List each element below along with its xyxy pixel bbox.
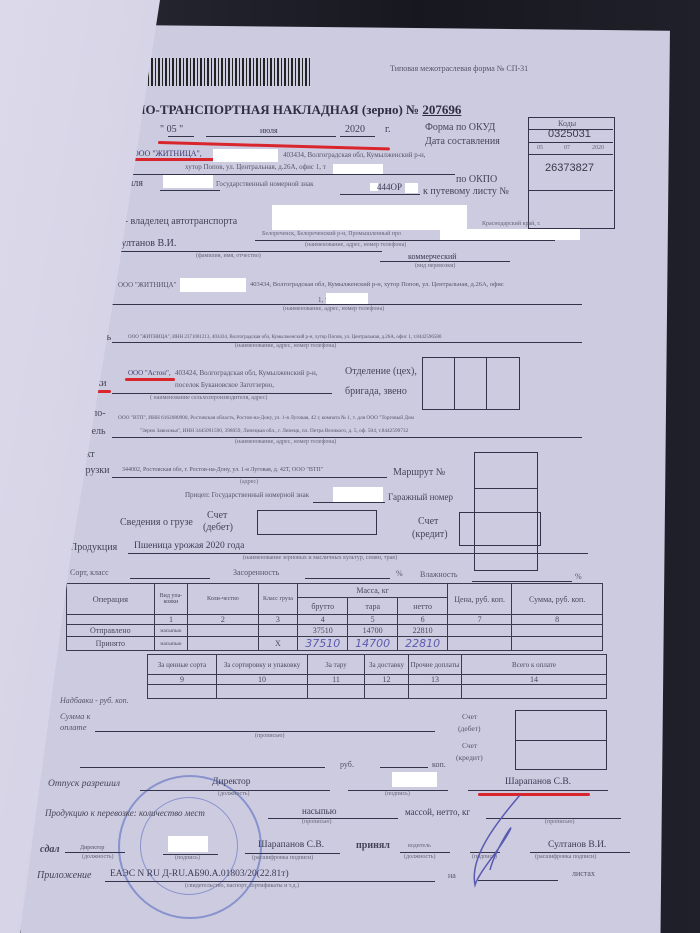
row-quantity	[188, 637, 258, 651]
unloading-address: 344002, Ростовская обл, г. Ростов-на-Дон…	[122, 467, 323, 473]
row-sum	[512, 625, 603, 637]
product-caption: (наименование зерновых и масличных культ…	[243, 555, 397, 561]
dept-label: Отделение (цех),	[345, 366, 417, 377]
driver-name: Султанов В.И.	[115, 238, 176, 249]
table-row: Принято насыпью Х 37510 14700 22810	[67, 637, 603, 651]
cargo-credit-label-2: (кредит)	[412, 529, 448, 540]
row-price	[448, 625, 512, 637]
transport-places: насыпью	[302, 806, 337, 816]
header-delivery: За доставку	[365, 655, 409, 675]
carrier-caption: (наименование, адрес, номер телефона)	[305, 242, 406, 248]
header-mass: Масса, кг	[298, 584, 448, 598]
product-value: Пшеница урожая 2020 года	[134, 541, 244, 551]
redacted-block	[213, 149, 278, 162]
surcharges-table: За ценные сорта За сортировку и упаковку…	[147, 654, 607, 699]
impurity-label: Засоренность	[233, 568, 279, 577]
okud-code: 0325031	[548, 128, 591, 140]
row-class	[258, 625, 298, 637]
date-cell-day: 05	[537, 145, 543, 151]
carrier-address: Белореченск, Белореченский р-н, Промышле…	[262, 231, 401, 237]
release-name: Шарапанов С.В.	[505, 777, 571, 787]
loading-address-2: поселок Букановское Заготзерно,	[175, 381, 274, 389]
garage-label: Гаражный номер	[388, 492, 453, 502]
gave-name: Шарапанов С.В.	[258, 840, 324, 850]
payment-caption: (прописью)	[255, 733, 285, 739]
header-gross: брутто	[298, 598, 348, 615]
release-position-caption: (должность)	[218, 791, 250, 797]
header-sum: Сумма, руб. коп.	[512, 584, 603, 615]
col-num: 7	[448, 615, 512, 625]
row-net: 22810	[398, 625, 448, 637]
redacted-block	[333, 164, 383, 174]
organization-name: ООО "ЖИТНИЦА",	[133, 149, 202, 158]
row-price	[448, 637, 512, 651]
took-position-caption: (должность)	[404, 854, 436, 860]
product-label: Продукция	[70, 542, 117, 553]
redacted-block	[326, 293, 368, 304]
col-num: 11	[308, 675, 365, 685]
unloading-caption: (адрес)	[240, 479, 258, 485]
header-other: Прочие доплаты	[409, 655, 462, 675]
row-class: Х	[258, 637, 298, 651]
vehicle-plate: 444ОР	[377, 182, 402, 192]
date-month: июля	[260, 126, 278, 135]
release-signature-caption: (подпись)	[385, 791, 410, 797]
header-sorting: За сортировку и упаковку	[217, 655, 308, 675]
date-day: " 05 "	[160, 124, 183, 135]
cargo-debit-label: Счет	[207, 510, 227, 521]
row-packaging: насыпью	[154, 625, 188, 637]
date-cell-year: 2020	[592, 145, 604, 151]
attachment-caption: (свидетельство, паспорт, сертификаты и т…	[185, 883, 299, 889]
redacted-block	[168, 836, 208, 852]
moisture-percent: %	[575, 572, 582, 581]
row-sum	[512, 637, 603, 651]
row-net-handwritten: 22810	[398, 637, 448, 651]
surcharges-label: Надбавки - руб. коп.	[60, 696, 129, 705]
plate-label: Государственный номерной знак	[216, 180, 314, 188]
payment-credit-label-2: (кредит)	[456, 753, 483, 762]
on-label: на	[448, 871, 456, 880]
header-container: За тару	[308, 655, 365, 675]
payment-debit-label-2: (дебет)	[458, 724, 480, 733]
payment-debit-label: Счет	[462, 712, 477, 721]
cargo-debit-box	[257, 510, 377, 535]
consignee-line-2: "Зерно Заволжья", ИНН 3445091590, 398059…	[140, 428, 408, 434]
attachment-value: ЕАЭС N RU Д-RU.АБ90.А.01803/20(22.81т)	[110, 869, 289, 879]
shipper-value: ООО "ЖИТНИЦА", ИНН 2371001213, 403434, В…	[128, 335, 441, 340]
row-tare: 14700	[348, 625, 398, 637]
form-type: Типовая межотраслевая форма № СП-31	[390, 64, 528, 73]
trailer-label: Прицеп: Государственный номерной знак	[185, 491, 309, 499]
moisture-label: Влажность	[420, 570, 458, 579]
table-row: Отправлено насыпью 37510 14700 22810	[67, 625, 603, 637]
date-label: Дата составления	[425, 136, 500, 147]
row-gross-handwritten: 37510	[298, 637, 348, 651]
took-label: принял	[356, 840, 390, 851]
row-operation: Отправлено	[67, 625, 155, 637]
sheets-label: листах	[572, 869, 595, 878]
header-valuable: За ценные сорта	[148, 655, 217, 675]
header-total: Всего к оплате	[462, 655, 607, 675]
loading-address-1: 403424, Волгоградская обл, Кумылженский …	[175, 369, 318, 377]
payment-credit-label: Счет	[462, 741, 477, 750]
red-underline-aston	[125, 378, 175, 381]
col-num: 3	[258, 615, 298, 625]
loading-name: ООО "Астон",	[128, 369, 171, 377]
driver-caption: (фамилия, имя, отчество)	[196, 253, 261, 259]
organization-address-1: 403434, Волгоградская обл, Кумылженский …	[283, 151, 426, 159]
took-name: Султанов В.И.	[548, 840, 606, 850]
header-tare: тара	[348, 598, 398, 615]
header-net: нетто	[398, 598, 448, 615]
transport-qty-label: Продукцию к перевозке: количество мест	[45, 808, 205, 818]
payment-label: Сумма к	[60, 711, 90, 721]
row-gross: 37510	[298, 625, 348, 637]
loading-caption: ( наименование сельхозпроизводителя, адр…	[150, 395, 267, 401]
consignee-line-1: ООО "ВТП", ИНН 6162080900, Ростовская об…	[118, 415, 414, 421]
redacted-block	[163, 175, 213, 188]
cargo-credit-box	[459, 512, 541, 546]
gave-position: Директор	[80, 845, 104, 851]
title-text: АРНО-ТРАНСПОРТНАЯ НАКЛАДНАЯ (зерно) №	[118, 102, 419, 117]
brigade-label-text: бригада, звено	[345, 386, 407, 397]
okpo-label: по ОКПО	[456, 174, 497, 185]
customer-caption: (наименование, адрес, номер телефона)	[283, 306, 384, 312]
col-num: 14	[462, 675, 607, 685]
okud-label: Форма по ОКУД	[425, 122, 495, 133]
waybill-label: к путевому листу №	[423, 186, 509, 197]
shipper-caption: (наименование, адрес, номер телефона)	[235, 343, 336, 349]
route-label: Маршрут №	[393, 467, 445, 478]
rub-label: руб.	[340, 760, 354, 769]
consignee-caption: (наименование, адрес, номер телефона)	[235, 439, 336, 445]
col-num: 9	[148, 675, 217, 685]
took-position: водитель	[408, 843, 431, 849]
impurity-percent: %	[396, 569, 403, 578]
transport-caption: (вид перевозки)	[415, 263, 455, 269]
release-label: Отпуск разрешил	[48, 779, 120, 789]
col-num: 10	[217, 675, 308, 685]
document-number: 207696	[422, 102, 461, 117]
gave-position-caption: (должность)	[82, 854, 114, 860]
header-packaging: Вид упа-ковки	[154, 584, 188, 615]
cargo-credit-label: Счет	[418, 516, 438, 527]
red-underline-org	[128, 158, 214, 161]
row-packaging: насыпью	[154, 637, 188, 651]
col-num: 2	[188, 615, 258, 625]
barcode	[130, 58, 310, 86]
customer-address: 403434, Волгоградская обл, Кумылженский …	[250, 281, 504, 288]
header-class: Класс груза	[258, 584, 298, 615]
col-num: 5	[348, 615, 398, 625]
cargo-debit-label-2: (дебет)	[203, 522, 233, 533]
col-num: 6	[398, 615, 448, 625]
date-cell-month: 07	[564, 145, 570, 151]
row-tare-handwritten: 14700	[348, 637, 398, 651]
transport-type: коммерческий	[408, 252, 457, 261]
page-title: АРНО-ТРАНСПОРТНАЯ НАКЛАДНАЯ (зерно) № 20…	[118, 102, 461, 118]
customer-name: ООО "ЖИТНИЦА"	[118, 281, 176, 289]
codes-header: Коды	[558, 119, 576, 128]
date-year: 2020	[345, 124, 365, 135]
gave-signature-caption: (подпись)	[175, 855, 200, 861]
organization-address-2: хутор Попов, ул. Центральная, д.26А, офи…	[185, 163, 326, 171]
kop-label: коп.	[432, 760, 446, 769]
col-num: 4	[298, 615, 348, 625]
redacted-block	[333, 487, 383, 502]
row-operation: Принято	[67, 637, 155, 651]
gave-name-caption: (расшифровка подписи)	[252, 855, 313, 861]
date-suffix: г.	[385, 124, 390, 135]
attachment-label: Приложение	[37, 870, 91, 881]
redacted-block	[180, 278, 246, 292]
operations-table: Операция Вид упа-ковки Коли-чество Класс…	[66, 583, 603, 651]
col-num: 13	[409, 675, 462, 685]
okpo-code: 26373827	[545, 162, 594, 174]
grade-label: Сорт, класс	[70, 568, 109, 577]
col-num: 8	[512, 615, 603, 625]
header-operation: Операция	[67, 584, 155, 615]
cargo-label: Сведения о грузе	[120, 517, 193, 528]
row-quantity	[188, 625, 258, 637]
col-num: 12	[365, 675, 409, 685]
col-num: 1	[154, 615, 188, 625]
dept-box	[422, 357, 520, 410]
redacted-block	[405, 183, 418, 193]
carrier-region: Краснодарский край, г.	[482, 221, 541, 227]
redacted-block	[440, 229, 580, 240]
driver-signature	[450, 790, 550, 890]
redacted-block	[392, 772, 437, 787]
places-caption: (прописью)	[302, 819, 332, 825]
release-position: Директор	[212, 777, 251, 787]
redacted-block	[272, 205, 467, 230]
payment-label-2: оплате	[60, 722, 86, 732]
header-price: Цена, руб. коп.	[448, 584, 512, 615]
header-quantity: Коли-чество	[188, 584, 258, 615]
gave-label: сдал	[40, 844, 60, 855]
